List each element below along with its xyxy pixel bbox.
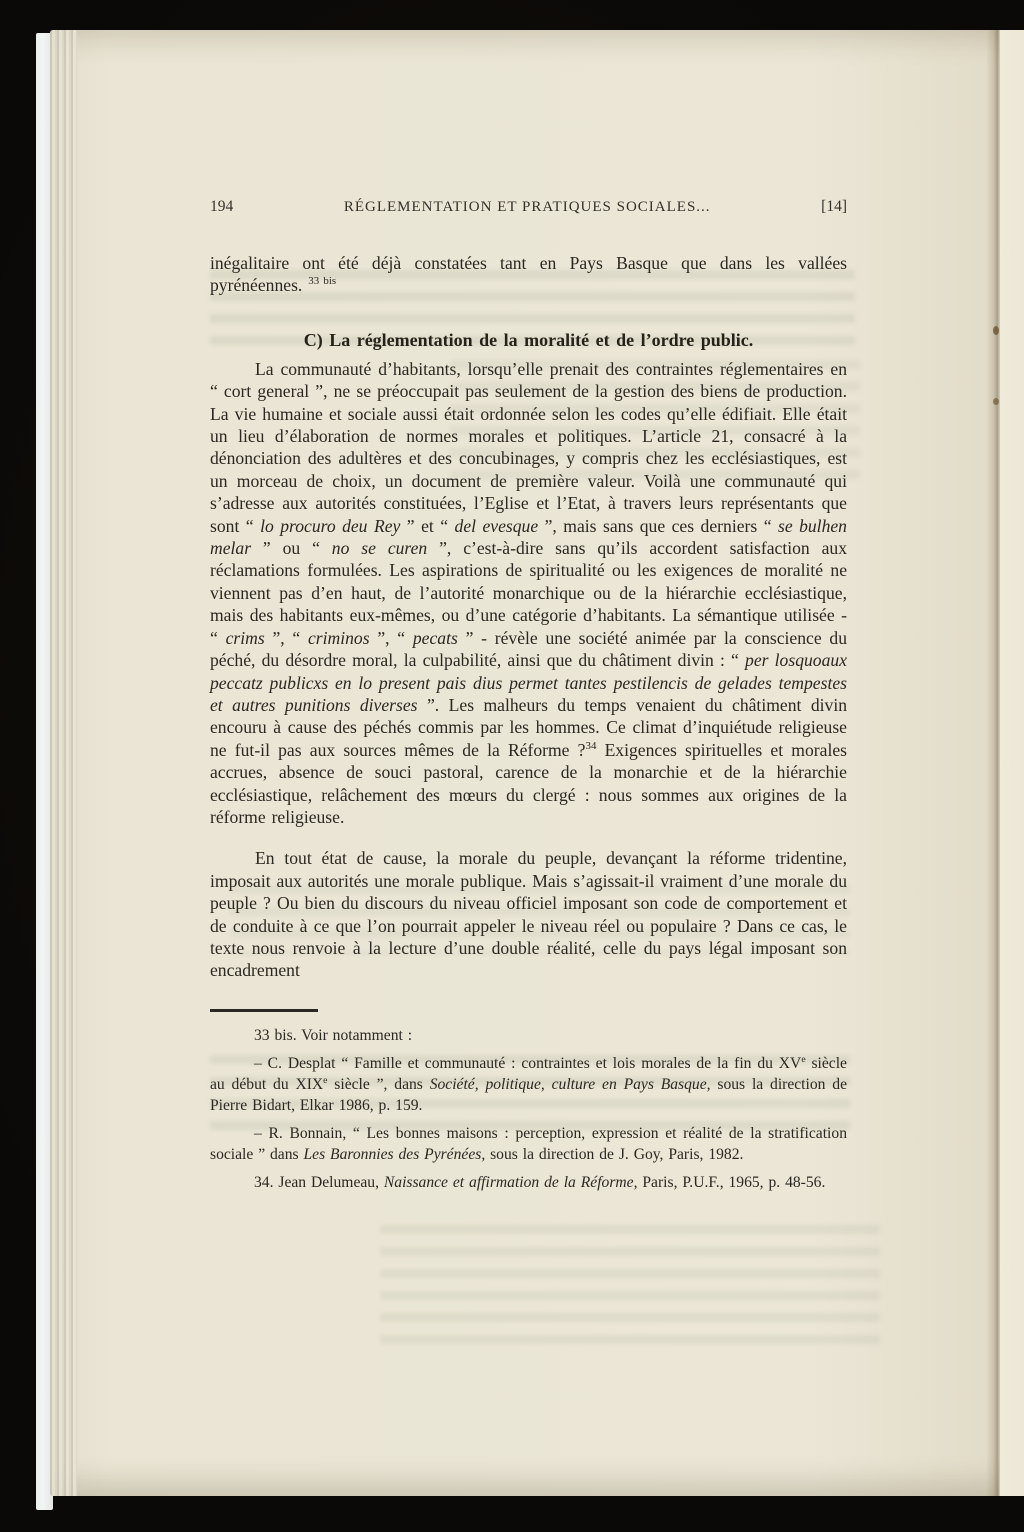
paragraph-continuation: inégalitaire ont été déjà constatées tan… (210, 252, 847, 297)
book-photo: 194 RÉGLEMENTATION ET PRATIQUES SOCIALES… (0, 0, 1024, 1532)
binding-stitch (993, 326, 999, 335)
paragraph: En tout état de cause, la morale du peup… (210, 847, 847, 981)
binding-stitch (993, 398, 999, 405)
footnote: 34. Jean Delumeau, Naissance et affirmat… (210, 1172, 847, 1193)
footnote: – C. Desplat “ Famille et communauté : c… (210, 1053, 847, 1116)
page-content: 194 RÉGLEMENTATION ET PRATIQUES SOCIALES… (210, 30, 847, 1193)
page-header: 194 RÉGLEMENTATION ET PRATIQUES SOCIALES… (210, 198, 847, 216)
footnote-separator (210, 1009, 318, 1012)
paragraph: La communauté d’habitants, lorsqu’elle p… (210, 358, 847, 829)
book-gutter (986, 30, 1000, 1496)
page-edges (50, 30, 77, 1496)
section-heading: C) La réglementation de la moralité et d… (210, 330, 847, 351)
facing-page-edge (999, 30, 1024, 1496)
page-number: 194 (210, 198, 233, 216)
footnote: 33 bis. Voir notamment : (210, 1025, 847, 1046)
column-reference: [14] (821, 198, 847, 216)
ink-bleed-through (380, 1225, 880, 1345)
running-title: RÉGLEMENTATION ET PRATIQUES SOCIALES... (344, 199, 711, 216)
footnote: – R. Bonnain, “ Les bonnes maisons : per… (210, 1123, 847, 1165)
book-page: 194 RÉGLEMENTATION ET PRATIQUES SOCIALES… (50, 30, 1024, 1496)
